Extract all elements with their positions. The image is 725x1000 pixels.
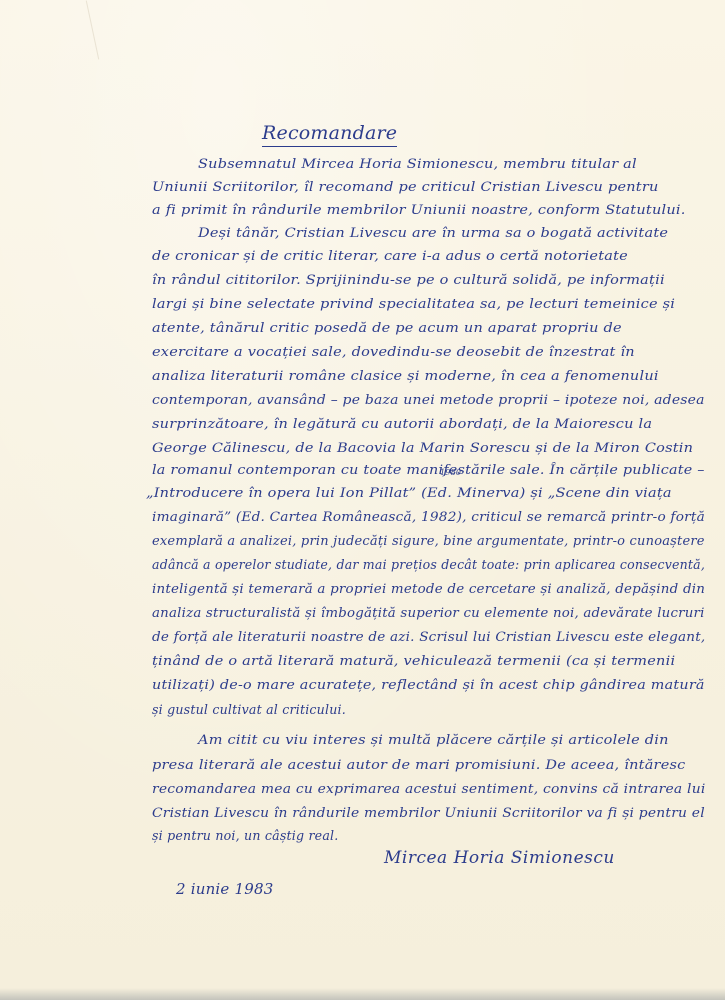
- margin-annotation: 1980: [440, 468, 461, 477]
- paper-bottom-shadow: [0, 988, 725, 1000]
- paper-crease: [86, 1, 99, 60]
- text-line: largi și bine selectate privind speciali…: [152, 296, 675, 311]
- document-title: Recomandare: [262, 122, 397, 147]
- text-line: surprinzătoare, în legătură cu autorii a…: [152, 416, 652, 431]
- text-line: ținând de o artă literară matură, vehicu…: [152, 653, 675, 668]
- text-line: analiza literaturii române clasice și mo…: [152, 368, 659, 383]
- text-line: de cronicar și de critic literar, care i…: [152, 248, 628, 263]
- text-line: în rândul cititorilor. Sprijinindu-se pe…: [152, 272, 665, 287]
- text-line: exemplară a analizei, prin judecăți sigu…: [152, 533, 705, 548]
- text-line: recomandarea mea cu exprimarea acestui s…: [152, 781, 706, 796]
- text-line: George Călinescu, de la Bacovia la Marin…: [152, 440, 693, 455]
- text-line: presa literară ale acestui autor de mari…: [152, 757, 686, 772]
- text-line: de forță ale literaturii noastre de azi.…: [152, 629, 705, 644]
- text-line: analiza structuralistă și îmbogățită sup…: [152, 605, 705, 620]
- text-line: și gustul cultivat al criticului.: [152, 702, 346, 717]
- text-line: Uniunii Scriitorilor, îl recomand pe cri…: [152, 179, 659, 194]
- text-line: la romanul contemporan cu toate manifest…: [152, 462, 705, 477]
- text-line: „Introducere în opera lui Ion Pillat” (E…: [146, 485, 672, 500]
- text-line: Subsemnatul Mircea Horia Simionescu, mem…: [198, 156, 637, 171]
- text-line: contemporan, avansând – pe baza unei met…: [152, 392, 705, 407]
- text-line: adâncă a operelor studiate, dar mai preț…: [152, 557, 705, 572]
- text-line: Deși tânăr, Cristian Livescu are în urma…: [198, 225, 668, 240]
- text-line: a fi primit în rândurile membrilor Uniun…: [152, 202, 686, 217]
- text-line: atente, tânărul critic posedă de pe acum…: [152, 320, 622, 335]
- signature: Mircea Horia Simionescu: [384, 848, 615, 868]
- text-line: exercitare a vocației sale, dovedindu-se…: [152, 344, 635, 359]
- text-line: Am citit cu viu interes și multă plăcere…: [198, 732, 669, 747]
- paper-sheet: Recomandare Subsemnatul Mircea Horia Sim…: [0, 0, 725, 1000]
- text-line: imaginară” (Ed. Cartea Românească, 1982)…: [152, 509, 705, 524]
- text-line: și pentru noi, un câștig real.: [152, 828, 338, 843]
- text-line: utilizați) de-o mare acuratețe, reflectâ…: [152, 677, 705, 692]
- text-line: inteligentă și temerară a propriei metod…: [152, 581, 705, 596]
- document-date: 2 iunie 1983: [176, 880, 273, 898]
- text-line: Cristian Livescu în rândurile membrilor …: [152, 805, 705, 820]
